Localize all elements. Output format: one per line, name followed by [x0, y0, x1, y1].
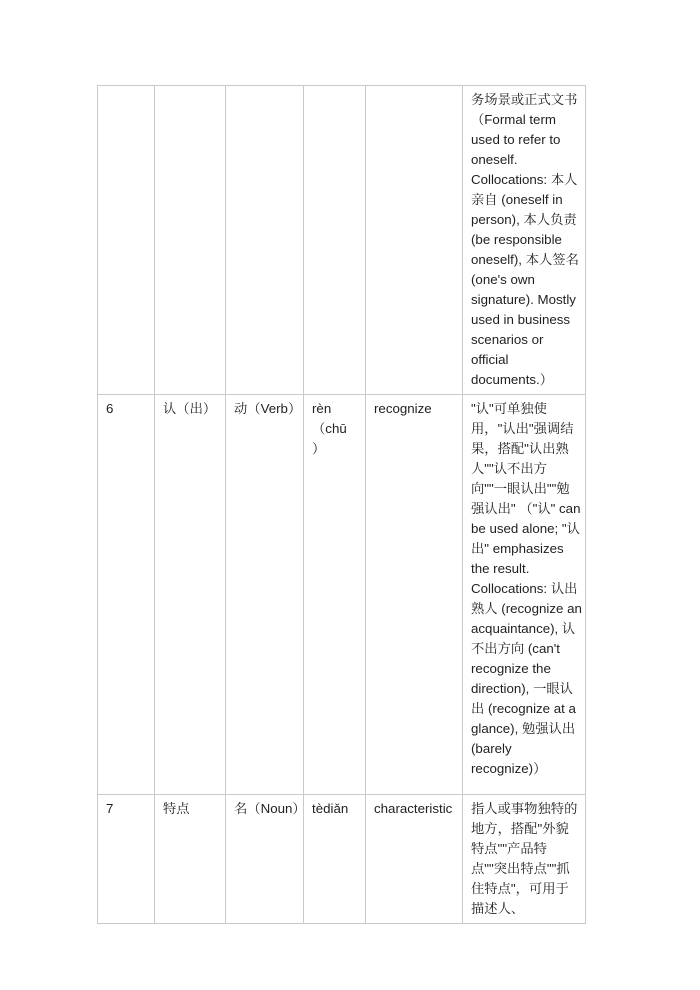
vocabulary-table: 务场景或正式文书（Formal term used to refer to on… — [97, 85, 586, 924]
table-row: 务场景或正式文书（Formal term used to refer to on… — [98, 86, 586, 395]
table-row: 7 特点 名（Noun） tèdiǎn characteristic 指人或事物… — [98, 795, 586, 924]
cell-meaning — [366, 86, 463, 395]
cell-word: 特点 — [155, 795, 226, 924]
cell-number — [98, 86, 155, 395]
cell-pos — [226, 86, 304, 395]
table-row: 6 认（出） 动（Verb） rèn （chū ） recognize "认"可… — [98, 395, 586, 795]
cell-pos: 动（Verb） — [226, 395, 304, 795]
cell-pinyin — [304, 86, 366, 395]
cell-pinyin: tèdiǎn — [304, 795, 366, 924]
cell-notes: "认"可单独使用，"认出"强调结果，搭配"认出熟人""认不出方向""一眼认出""… — [463, 395, 586, 795]
cell-number: 6 — [98, 395, 155, 795]
cell-notes: 务场景或正式文书（Formal term used to refer to on… — [463, 86, 586, 395]
cell-meaning: recognize — [366, 395, 463, 795]
cell-pos: 名（Noun） — [226, 795, 304, 924]
cell-word: 认（出） — [155, 395, 226, 795]
cell-meaning: characteristic — [366, 795, 463, 924]
cell-notes: 指人或事物独特的地方，搭配"外貌特点""产品特点""突出特点""抓住特点"，可用… — [463, 795, 586, 924]
document-page: 务场景或正式文书（Formal term used to refer to on… — [0, 0, 700, 990]
cell-pinyin: rèn （chū ） — [304, 395, 366, 795]
cell-word — [155, 86, 226, 395]
cell-number: 7 — [98, 795, 155, 924]
